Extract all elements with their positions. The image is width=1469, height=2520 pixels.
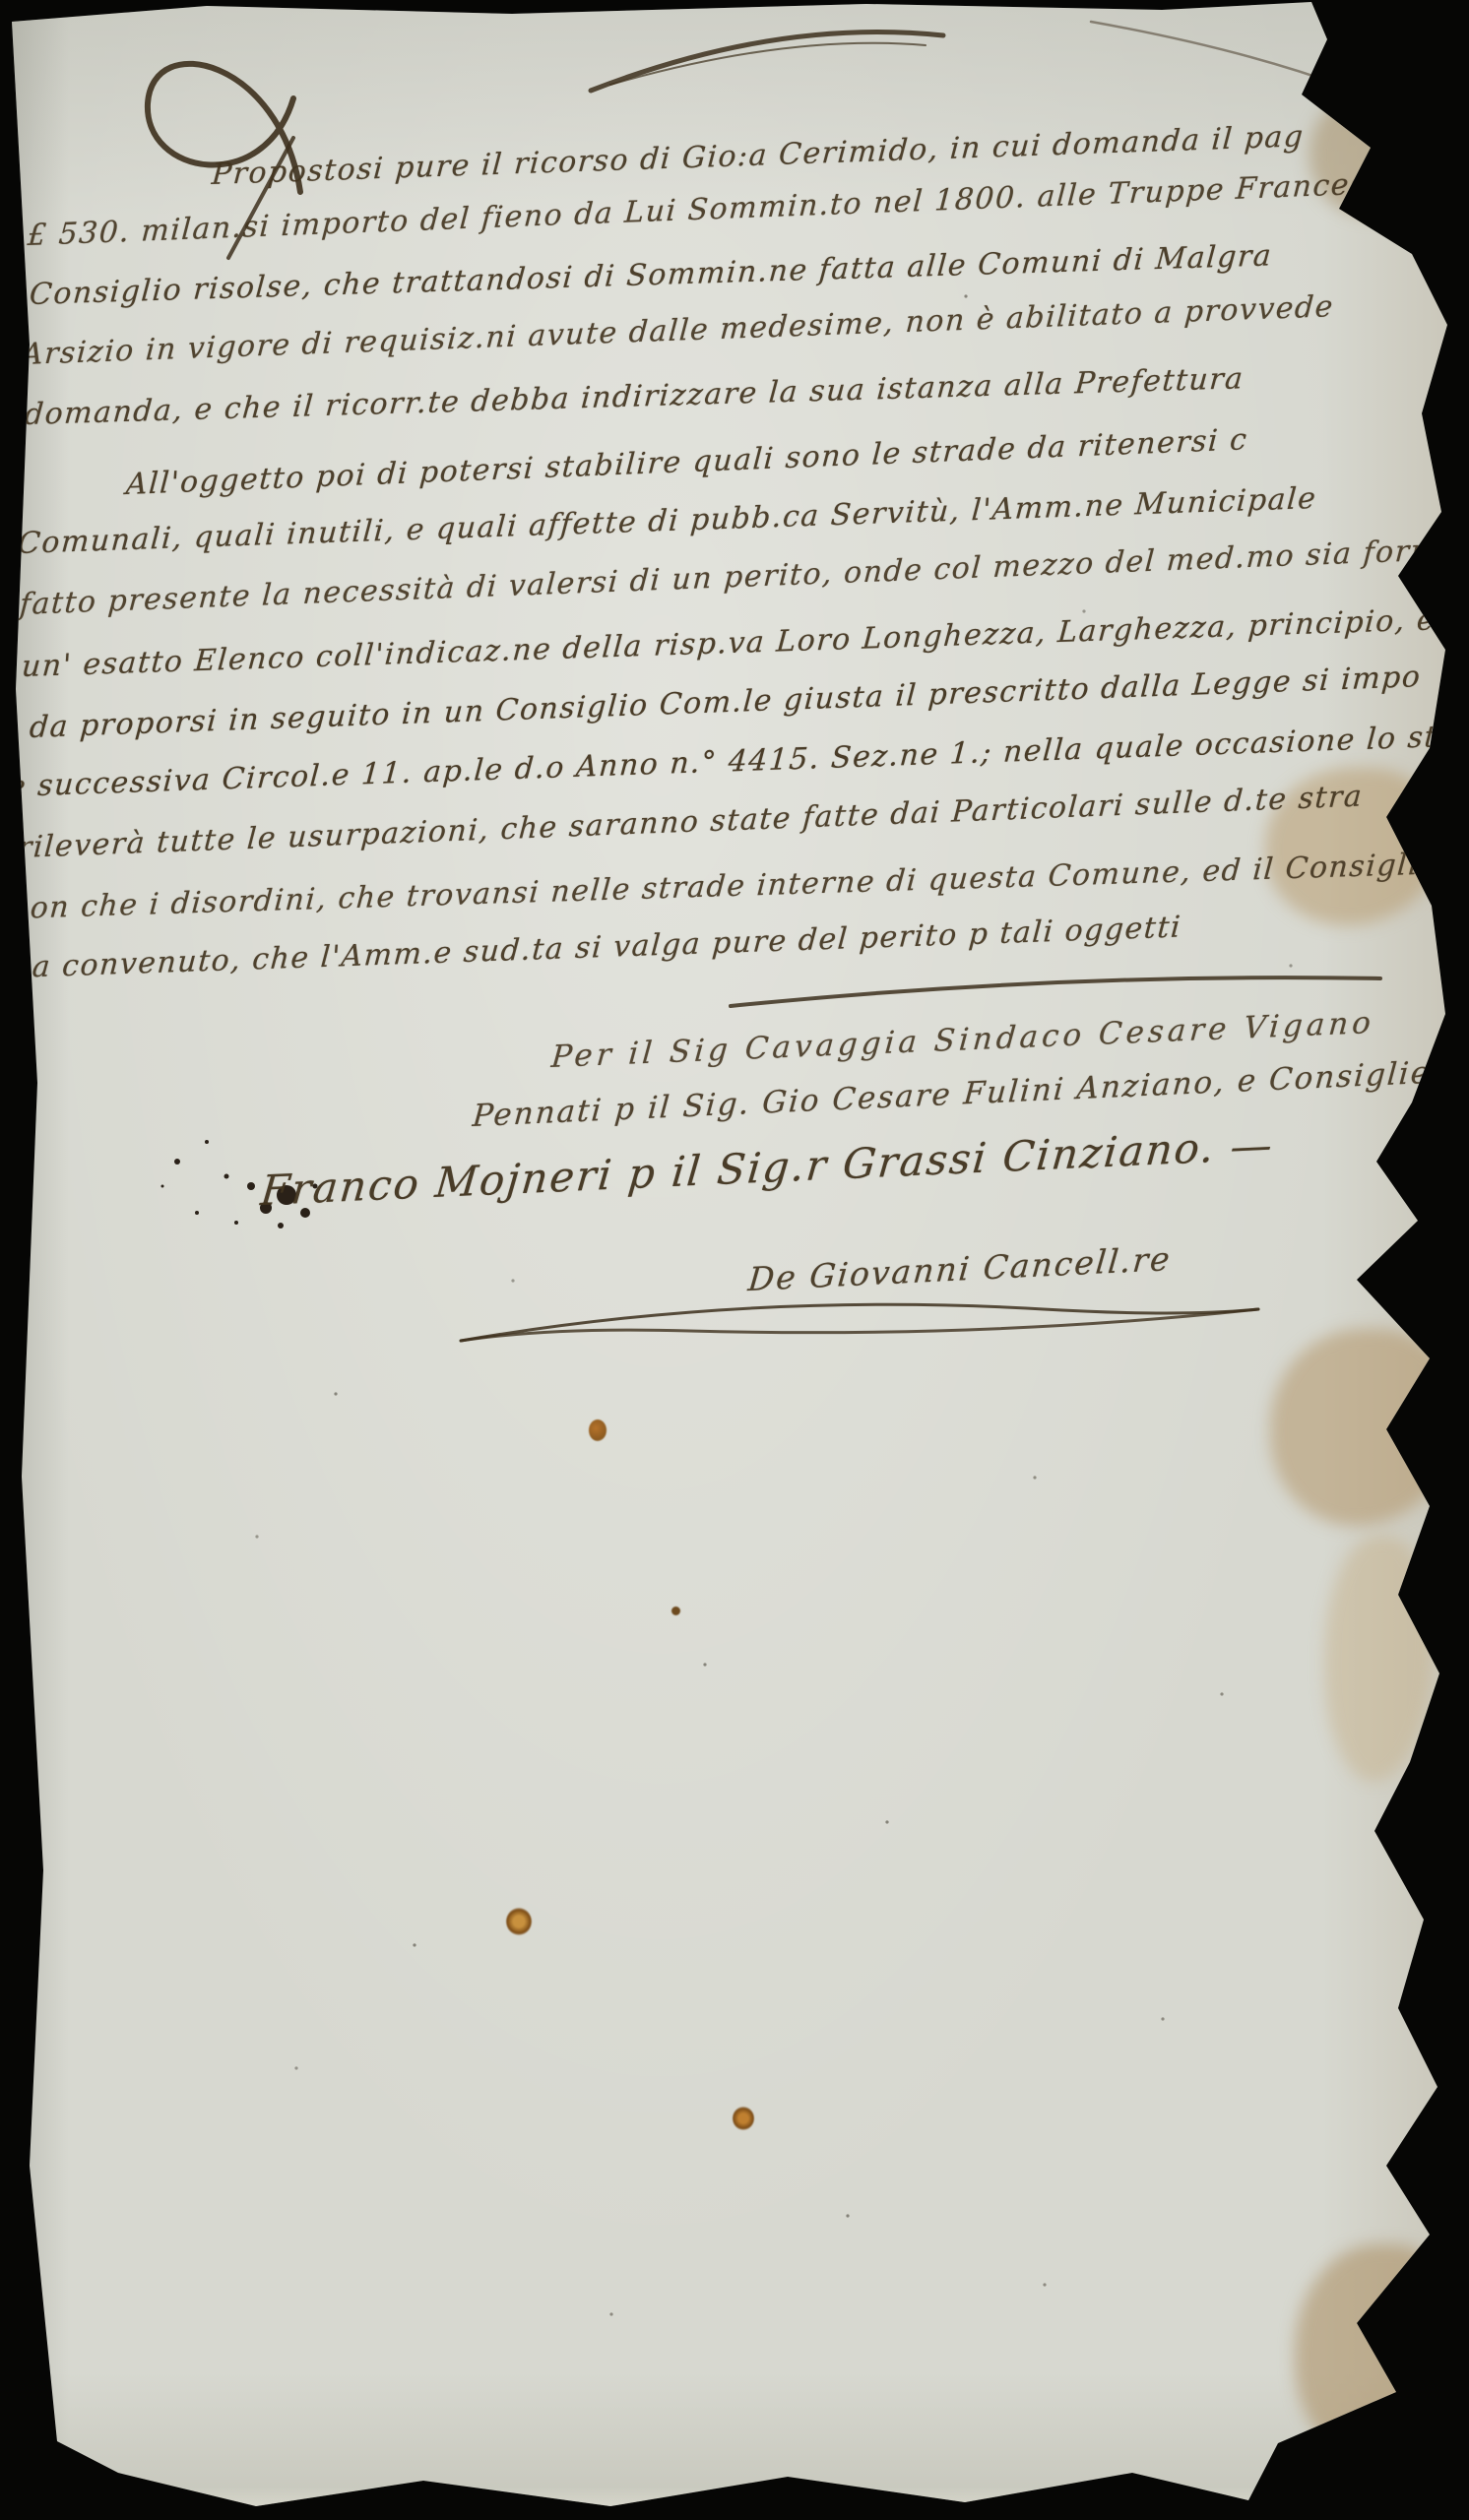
manuscript-page: Propostosi pure il ricorso di Gio:a Ceri… xyxy=(0,0,1469,2520)
underline-swash xyxy=(731,977,1380,1006)
stain-spot xyxy=(506,1908,532,1935)
paper-specks xyxy=(0,0,2,2)
photograph-canvas: Propostosi pure il ricorso di Gio:a Ceri… xyxy=(0,0,1469,2520)
top-flourish xyxy=(591,31,943,91)
stain-spot xyxy=(671,1606,680,1615)
stain-spot xyxy=(589,1419,607,1441)
signature-flourish xyxy=(461,1304,1258,1341)
top-flourish-faint xyxy=(1091,22,1416,116)
stain-spot xyxy=(733,2107,754,2130)
top-flourish xyxy=(610,43,926,85)
